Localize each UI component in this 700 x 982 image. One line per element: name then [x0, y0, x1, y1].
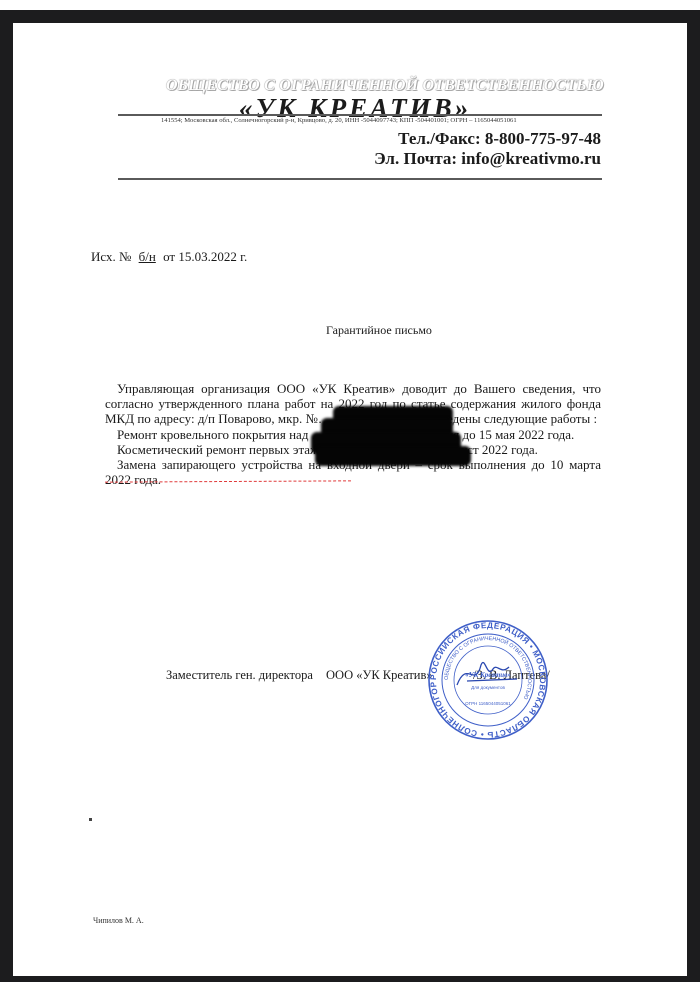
document-title: Гарантийное письмо — [326, 323, 432, 338]
org-phone: Тел./Факс: 8-800-775-97-48 — [398, 129, 601, 149]
header-rule-bottom — [118, 178, 602, 180]
svg-text:ОГРН 1165044051061: ОГРН 1165044051061 — [465, 701, 511, 706]
executor-name: Чипилов М. А. — [93, 916, 144, 925]
screen-top-strip — [0, 0, 700, 10]
outgoing-date: от 15.03.2022 г. — [163, 249, 247, 264]
company-stamp-icon: РОССИЙСКАЯ ФЕДЕРАЦИЯ • МОСКОВСКАЯ ОБЛАСТ… — [427, 619, 549, 741]
svg-text:Для документов: Для документов — [471, 685, 505, 690]
outgoing-number: Исх. № б/н от 15.03.2022 г. — [91, 249, 247, 265]
signer-organization: ООО «УК Креатив» — [326, 668, 433, 682]
redaction-scribble — [311, 406, 471, 468]
signer-block: Заместитель ген. директора ООО «УК Креат… — [166, 668, 433, 683]
org-email: Эл. Почта: info@kreativmo.ru — [374, 149, 601, 169]
outgoing-num-value: б/н — [135, 249, 160, 264]
outgoing-prefix: Исх. № — [91, 249, 131, 264]
signer-position: Заместитель ген. директора — [166, 668, 313, 682]
document-page: ОБЩЕСТВО С ОГРАНИЧЕННОЙ ОТВЕТСТВЕННОСТЬЮ… — [13, 23, 687, 976]
org-requisites: 141554; Московская обл., Солнечногорский… — [161, 117, 517, 124]
scan-speck — [89, 818, 92, 821]
header-rule-top — [118, 114, 602, 116]
